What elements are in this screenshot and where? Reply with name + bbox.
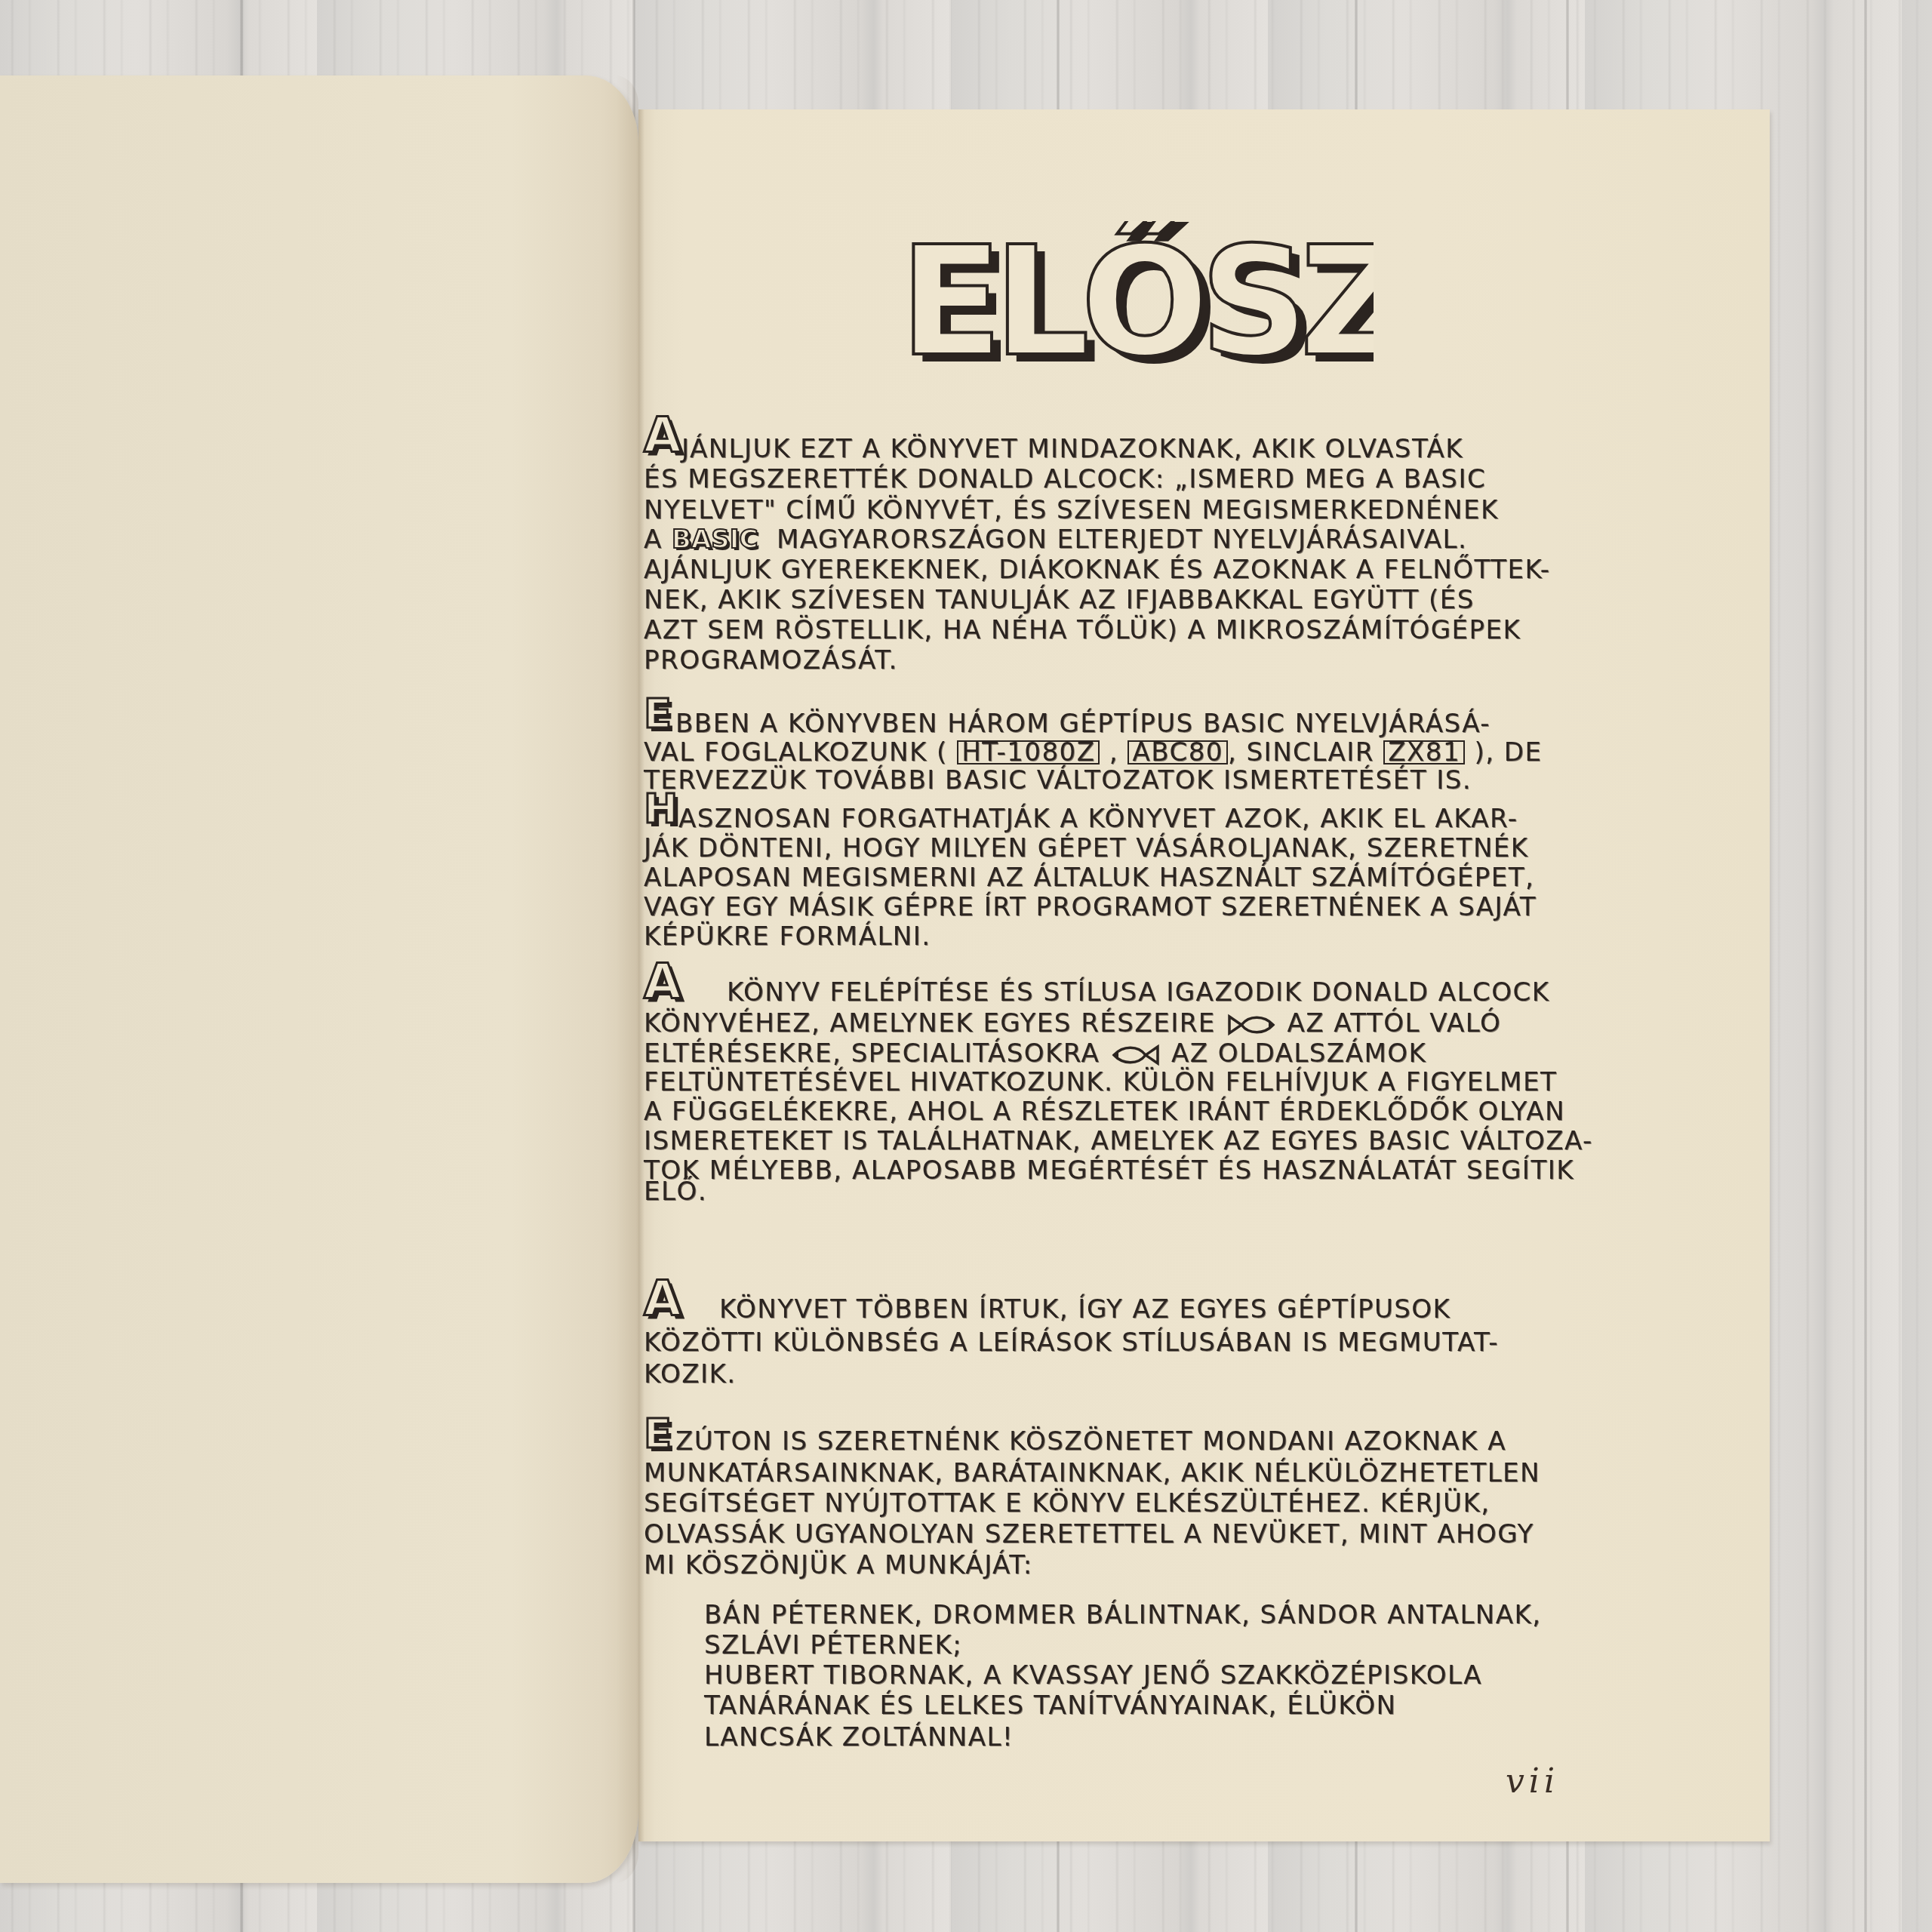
text-line: VAL FOGLALKOZUNK ( HT-1080Z , ABC80, SIN… [644,740,1542,765]
text-line: FELTÜNTETÉSÉVEL HIVATKOZUNK. KÜLÖN FELHÍ… [644,1069,1557,1095]
text-line: OLVASSÁK UGYANOLYAN SZERETETTEL A NEVÜKE… [644,1521,1534,1547]
text-line: KÖZÖTTI KÜLÖNBSÉG A LEÍRÁSOK STÍLUSÁBAN … [644,1330,1499,1355]
drop-cap: A [644,958,681,1007]
text-fragment: KÖNYVÉHEZ, AMELYNEK EGYES RÉSZEIRE [644,1008,1216,1038]
text-fragment: AZ OLDALSZÁMOK [1171,1038,1426,1069]
text-line: ELTÉRÉSEKRE, SPECIALITÁSOKRA AZ OLDALSZÁ… [644,1041,1426,1068]
text-fragment: ELTÉRÉSEKRE, SPECIALITÁSOKRA [644,1038,1100,1069]
page-title: ELŐSZÓ ELŐSZÓ [898,221,1374,380]
text-line: KOZIK. [644,1361,737,1387]
drop-cap: E [644,690,672,738]
text-line: NEK, AKIK SZÍVESEN TANULJÁK AZ IFJABBAKK… [644,587,1475,613]
machine-label-abc80: ABC80 [1128,740,1228,764]
text-line: PROGRAMOZÁSÁT. [644,648,898,673]
acknowledgement-line: BÁN PÉTERNEK, DROMMER BÁLINTNAK, SÁNDOR … [704,1602,1542,1628]
text-line: KÖNYV FELÉPÍTÉSE ÉS STÍLUSA IGAZODIK DON… [727,980,1550,1005]
page-number: vii [1506,1762,1559,1801]
text-line: TERVEZZÜK TOVÁBBI BASIC VÁLTOZATOK ISMER… [644,768,1472,793]
text-line: KÖNYVÉHEZ, AMELYNEK EGYES RÉSZEIRE AZ AT… [644,1011,1501,1038]
drop-cap: H [644,785,678,833]
text-line: A BASIC MAGYARORSZÁGON ELTERJEDT NYELVJÁ… [644,527,1467,552]
text-fragment: MAGYARORSZÁGON ELTERJEDT NYELVJÁRÁSAIVAL… [777,525,1467,555]
text-line: ÉS MEGSZERETTÉK DONALD ALCOCK: „ISMERD M… [644,466,1486,492]
acknowledgement-line: LANCSÁK ZOLTÁNNAL! [704,1724,1014,1750]
text-line: BBEN A KÖNYVBEN HÁROM GÉPTÍPUS BASIC NYE… [675,711,1491,737]
fish-left-icon [1109,1042,1162,1068]
plank-gap [1864,0,1867,1932]
machine-label-ht1080z: HT-1080Z [957,740,1100,764]
fish-right-icon [1225,1012,1278,1038]
machine-label-zx81: ZX81 [1383,740,1465,764]
text-line: AZT SEM RÖSTELLIK, HA NÉHA TŐLÜK) A MIKR… [644,617,1521,643]
text-line: MUNKATÁRSAINKNAK, BARÁTAINKNAK, AKIK NÉL… [644,1460,1540,1486]
text-fragment: AZ ATTÓL VALÓ [1287,1008,1501,1038]
acknowledgement-line: SZLÁVI PÉTERNEK; [704,1632,962,1658]
svg-text:ELŐSZÓ: ELŐSZÓ [900,221,1374,380]
basic-logo: BASIC [672,527,758,552]
left-page-blank [0,75,638,1883]
text-fragment: A [644,525,663,555]
drop-cap: A [644,1275,681,1324]
text-line: JÁNLJUK EZT A KÖNYVET MINDAZOKNAK, AKIK … [681,436,1463,462]
text-line: JÁK DÖNTENI, HOGY MILYEN GÉPET VÁSÁROLJA… [644,835,1529,861]
text-line: NYELVET" CÍMŰ KÖNYVÉT, ÉS SZÍVESEN MEGIS… [644,497,1499,523]
acknowledgement-line: HUBERT TIBORNAK, A KVASSAY JENŐ SZAKKÖZÉ… [704,1663,1482,1688]
text-line: ALAPOSAN MEGISMERNI AZ ÁLTALUK HASZNÁLT … [644,865,1534,891]
text-line: KÖNYVET TÖBBEN ÍRTUK, ÍGY AZ EGYES GÉPTÍ… [719,1297,1451,1322]
text-line: ZÚTON IS SZERETNÉNK KÖSZÖNETET MONDANI A… [675,1429,1506,1454]
text-fragment: ), DE [1474,737,1542,768]
title-bubble-letters: ELŐSZÓ ELŐSZÓ [898,221,1374,380]
text-line: A FÜGGELÉKEKRE, AHOL A RÉSZLETEK IRÁNT É… [644,1099,1565,1124]
text-line: MI KÖSZÖNJÜK A MUNKÁJÁT: [644,1552,1033,1578]
drop-cap: A [644,412,681,460]
text-fragment: , [1109,737,1118,768]
text-fragment: VAL FOGLALKOZUNK ( [644,737,948,768]
text-line: AJÁNLJUK GYEREKEKNEK, DIÁKOKNAK ÉS AZOKN… [644,557,1550,583]
text-fragment: , SINCLAIR [1228,737,1374,768]
text-line: ISMERETEKET IS TALÁLHATNAK, AMELYEK AZ E… [644,1128,1593,1154]
text-line: VAGY EGY MÁSIK GÉPRE ÍRT PROGRAMOT SZERE… [644,894,1537,920]
text-line: TOK MÉLYEBB, ALAPOSABB MEGÉRTÉSÉT ÉS HAS… [644,1158,1574,1183]
text-line: ELŐ. [644,1179,707,1204]
drop-cap: E [644,1410,672,1458]
text-line: KÉPÜKRE FORMÁLNI. [644,924,931,949]
text-line: ASZNOSAN FORGATHATJÁK A KÖNYVET AZOK, AK… [678,806,1518,832]
acknowledgement-line: TANÁRÁNAK ÉS LELKES TANÍTVÁNYAINAK, ÉLÜK… [704,1693,1396,1718]
text-line: SEGÍTSÉGET NYÚJTOTTAK E KÖNYV ELKÉSZÜLTÉ… [644,1491,1491,1516]
